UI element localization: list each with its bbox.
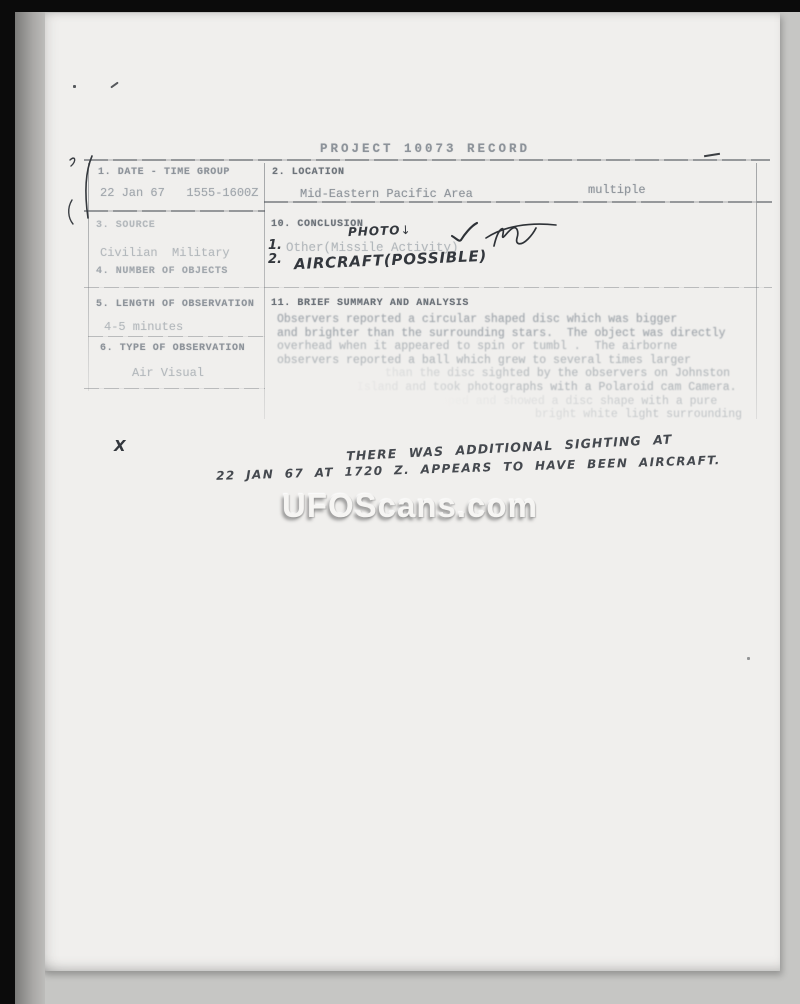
conclusion-photo-annotation: PHOTO↓ [348,223,412,239]
scan-border-top [0,0,800,12]
x-mark-annotation: X [114,437,126,455]
ink-speck [73,85,76,88]
table-hline-right-row1 [264,201,772,203]
scanned-document-page: PROJECT 10073 RECORD 1. DATE - TIME GROU… [0,0,800,1004]
field-source-value: Civilian Military [100,246,230,260]
summary-line: overhead when it appeared to spin or tum… [277,340,765,354]
photo-annotation-text: PHOTO [348,223,401,239]
checkmark-icon [449,223,479,247]
summary-line: than the disc sighted by the observers o… [277,367,765,381]
ink-speck [747,657,750,660]
field-length-of-observation-label: 5. LENGTH OF OBSERVATION [96,299,254,310]
summary-line: Observers reported a circular shaped dis… [277,313,765,327]
field-length-of-observation-value: 4-5 minutes [104,320,183,334]
field-summary-label: 11. BRIEF SUMMARY AND ANALYSIS [271,298,469,309]
table-hline-left-row3 [88,336,265,337]
field-location-label: 2. LOCATION [272,167,345,178]
field-location-value: Mid-Eastern Pacific Area [300,187,473,201]
field-number-of-objects-value: multiple [588,183,646,197]
summary-line: observers reported a ball which grew to … [277,354,765,368]
conclusion-item2-number: 2. [268,252,282,267]
signature-scribble [486,216,558,254]
summary-text-block: Observers reported a circular shaped dis… [277,313,765,422]
table-hline-left-bottom [84,388,265,389]
paper-edge-shadow [15,12,45,1004]
conclusion-item1-number: 1. [268,238,282,253]
field-date-time-group-value: 22 Jan 67 1555-1600Z [100,186,258,200]
table-hline-mid [84,287,772,288]
pen-mark-strokes [58,148,108,226]
watermark: UFOScans.com [282,487,538,525]
table-hline-left-row1 [84,210,265,212]
field-type-of-observation-value: Air Visual [132,366,204,380]
record-title: PROJECT 10073 RECORD [90,142,760,156]
field-number-of-objects-label: 4. NUMBER OF OBJECTS [96,266,228,277]
title-underline [84,159,770,161]
summary-line: bright white light surrounding [277,408,765,422]
summary-line: Island and took photographs with a Polar… [277,381,765,395]
summary-line: and brighter than the surrounding stars.… [277,327,765,341]
scan-border-left [0,0,15,1004]
arrow-down-icon: ↓ [400,223,412,237]
summary-line: The film was developed and showed a disc… [277,395,765,409]
field-type-of-observation-label: 6. TYPE OF OBSERVATION [100,343,245,354]
field-date-time-group-label: 1. DATE - TIME GROUP [98,167,230,178]
